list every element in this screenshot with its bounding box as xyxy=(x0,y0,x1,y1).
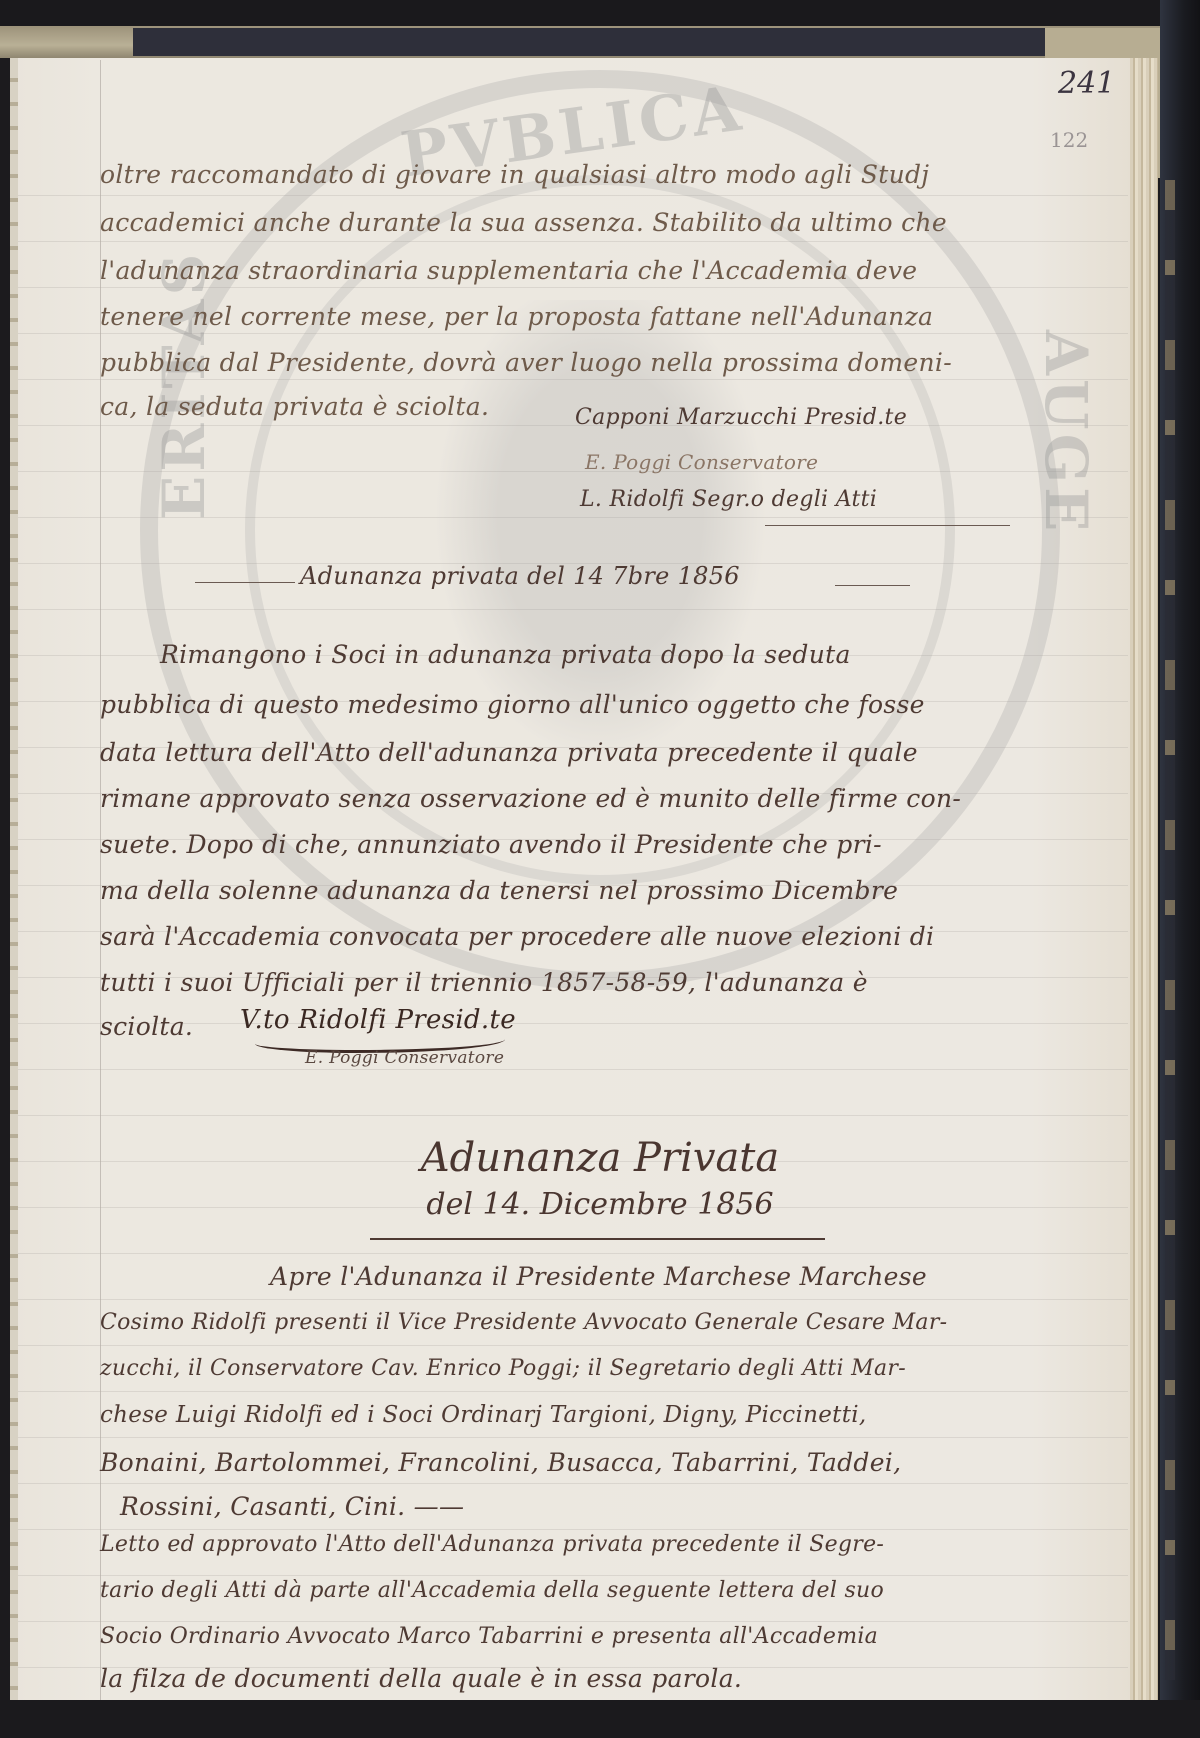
section-2-heading: Adunanza privata del 14 7bre 1856 xyxy=(300,562,740,590)
text-line: Apre l'Adunanza il Presidente Marchese M… xyxy=(270,1262,927,1291)
text-line: Socio Ordinario Avvocato Marco Tabarrini… xyxy=(100,1624,878,1649)
section-3-date: del 14. Dicembre 1856 xyxy=(350,1187,850,1222)
signature: L. Ridolfi Segr.o degli Atti xyxy=(580,487,877,512)
book-binding-top-dark xyxy=(133,28,1193,56)
folio-number: 241 xyxy=(1058,66,1115,101)
text-line: tenere nel corrente mese, per la propost… xyxy=(100,302,933,331)
book-cover-wear xyxy=(1165,180,1175,1680)
text-line: tario degli Atti dà parte all'Accademia … xyxy=(100,1578,884,1603)
stamp-text-right: AUGE xyxy=(1032,330,1100,535)
page-binding-left xyxy=(10,58,18,1700)
text-line: chese Luigi Ridolfi ed i Soci Ordinarj T… xyxy=(100,1402,867,1428)
text-line: Bonaini, Bartolommei, Francolini, Busacc… xyxy=(100,1448,901,1477)
stamp-text-left: ERITAS xyxy=(150,250,218,520)
text-line: data lettura dell'Atto dell'adunanza pri… xyxy=(100,738,918,767)
signature-underline xyxy=(765,525,1010,526)
text-line: zucchi, il Conservatore Cav. Enrico Pogg… xyxy=(100,1356,906,1381)
signature: Capponi Marzucchi Presid.te xyxy=(575,405,907,430)
page-edges xyxy=(1130,58,1158,1700)
text-line: accademici anche durante la sua assenza.… xyxy=(100,208,947,237)
text-line: pubblica dal Presidente, dovrà aver luog… xyxy=(100,348,952,377)
heading-dash-left xyxy=(195,582,295,583)
stamped-page-number: 122 xyxy=(1050,128,1088,152)
section-3-title: Adunanza Privata xyxy=(350,1135,850,1181)
text-line: l'adunanza straordinaria supplementaria … xyxy=(100,256,917,285)
text-line: Cosimo Ridolfi presenti il Vice Presiden… xyxy=(100,1310,947,1335)
heading-dash-right xyxy=(835,585,910,586)
text-line: Rossini, Casanti, Cini. —— xyxy=(120,1492,464,1521)
text-line: tutti i suoi Ufficiali per il triennio 1… xyxy=(100,968,868,997)
signature: E. Poggi Conservatore xyxy=(305,1048,504,1068)
signature: E. Poggi Conservatore xyxy=(585,450,818,474)
text-line: suete. Dopo di che, annunziato avendo il… xyxy=(100,830,882,859)
text-line: rimane approvato senza osservazione ed è… xyxy=(100,784,961,813)
text-line: ma della solenne adunanza da tenersi nel… xyxy=(100,876,898,905)
text-line: sciolta. xyxy=(100,1012,193,1041)
title-underline xyxy=(370,1238,825,1240)
book-cover-bottom xyxy=(0,1700,1200,1738)
text-line: oltre raccomandato di giovare in qualsia… xyxy=(100,160,929,189)
text-line: Letto ed approvato l'Atto dell'Adunanza … xyxy=(100,1532,884,1557)
text-line: la filza de documenti della quale è in e… xyxy=(100,1664,742,1693)
text-line: ca, la seduta privata è sciolta. xyxy=(100,392,489,421)
text-line: sarà l'Accademia convocata per procedere… xyxy=(100,922,934,951)
text-line: pubblica di questo medesimo giorno all'u… xyxy=(100,690,925,719)
text-line: Rimangono i Soci in adunanza privata dop… xyxy=(160,640,851,669)
